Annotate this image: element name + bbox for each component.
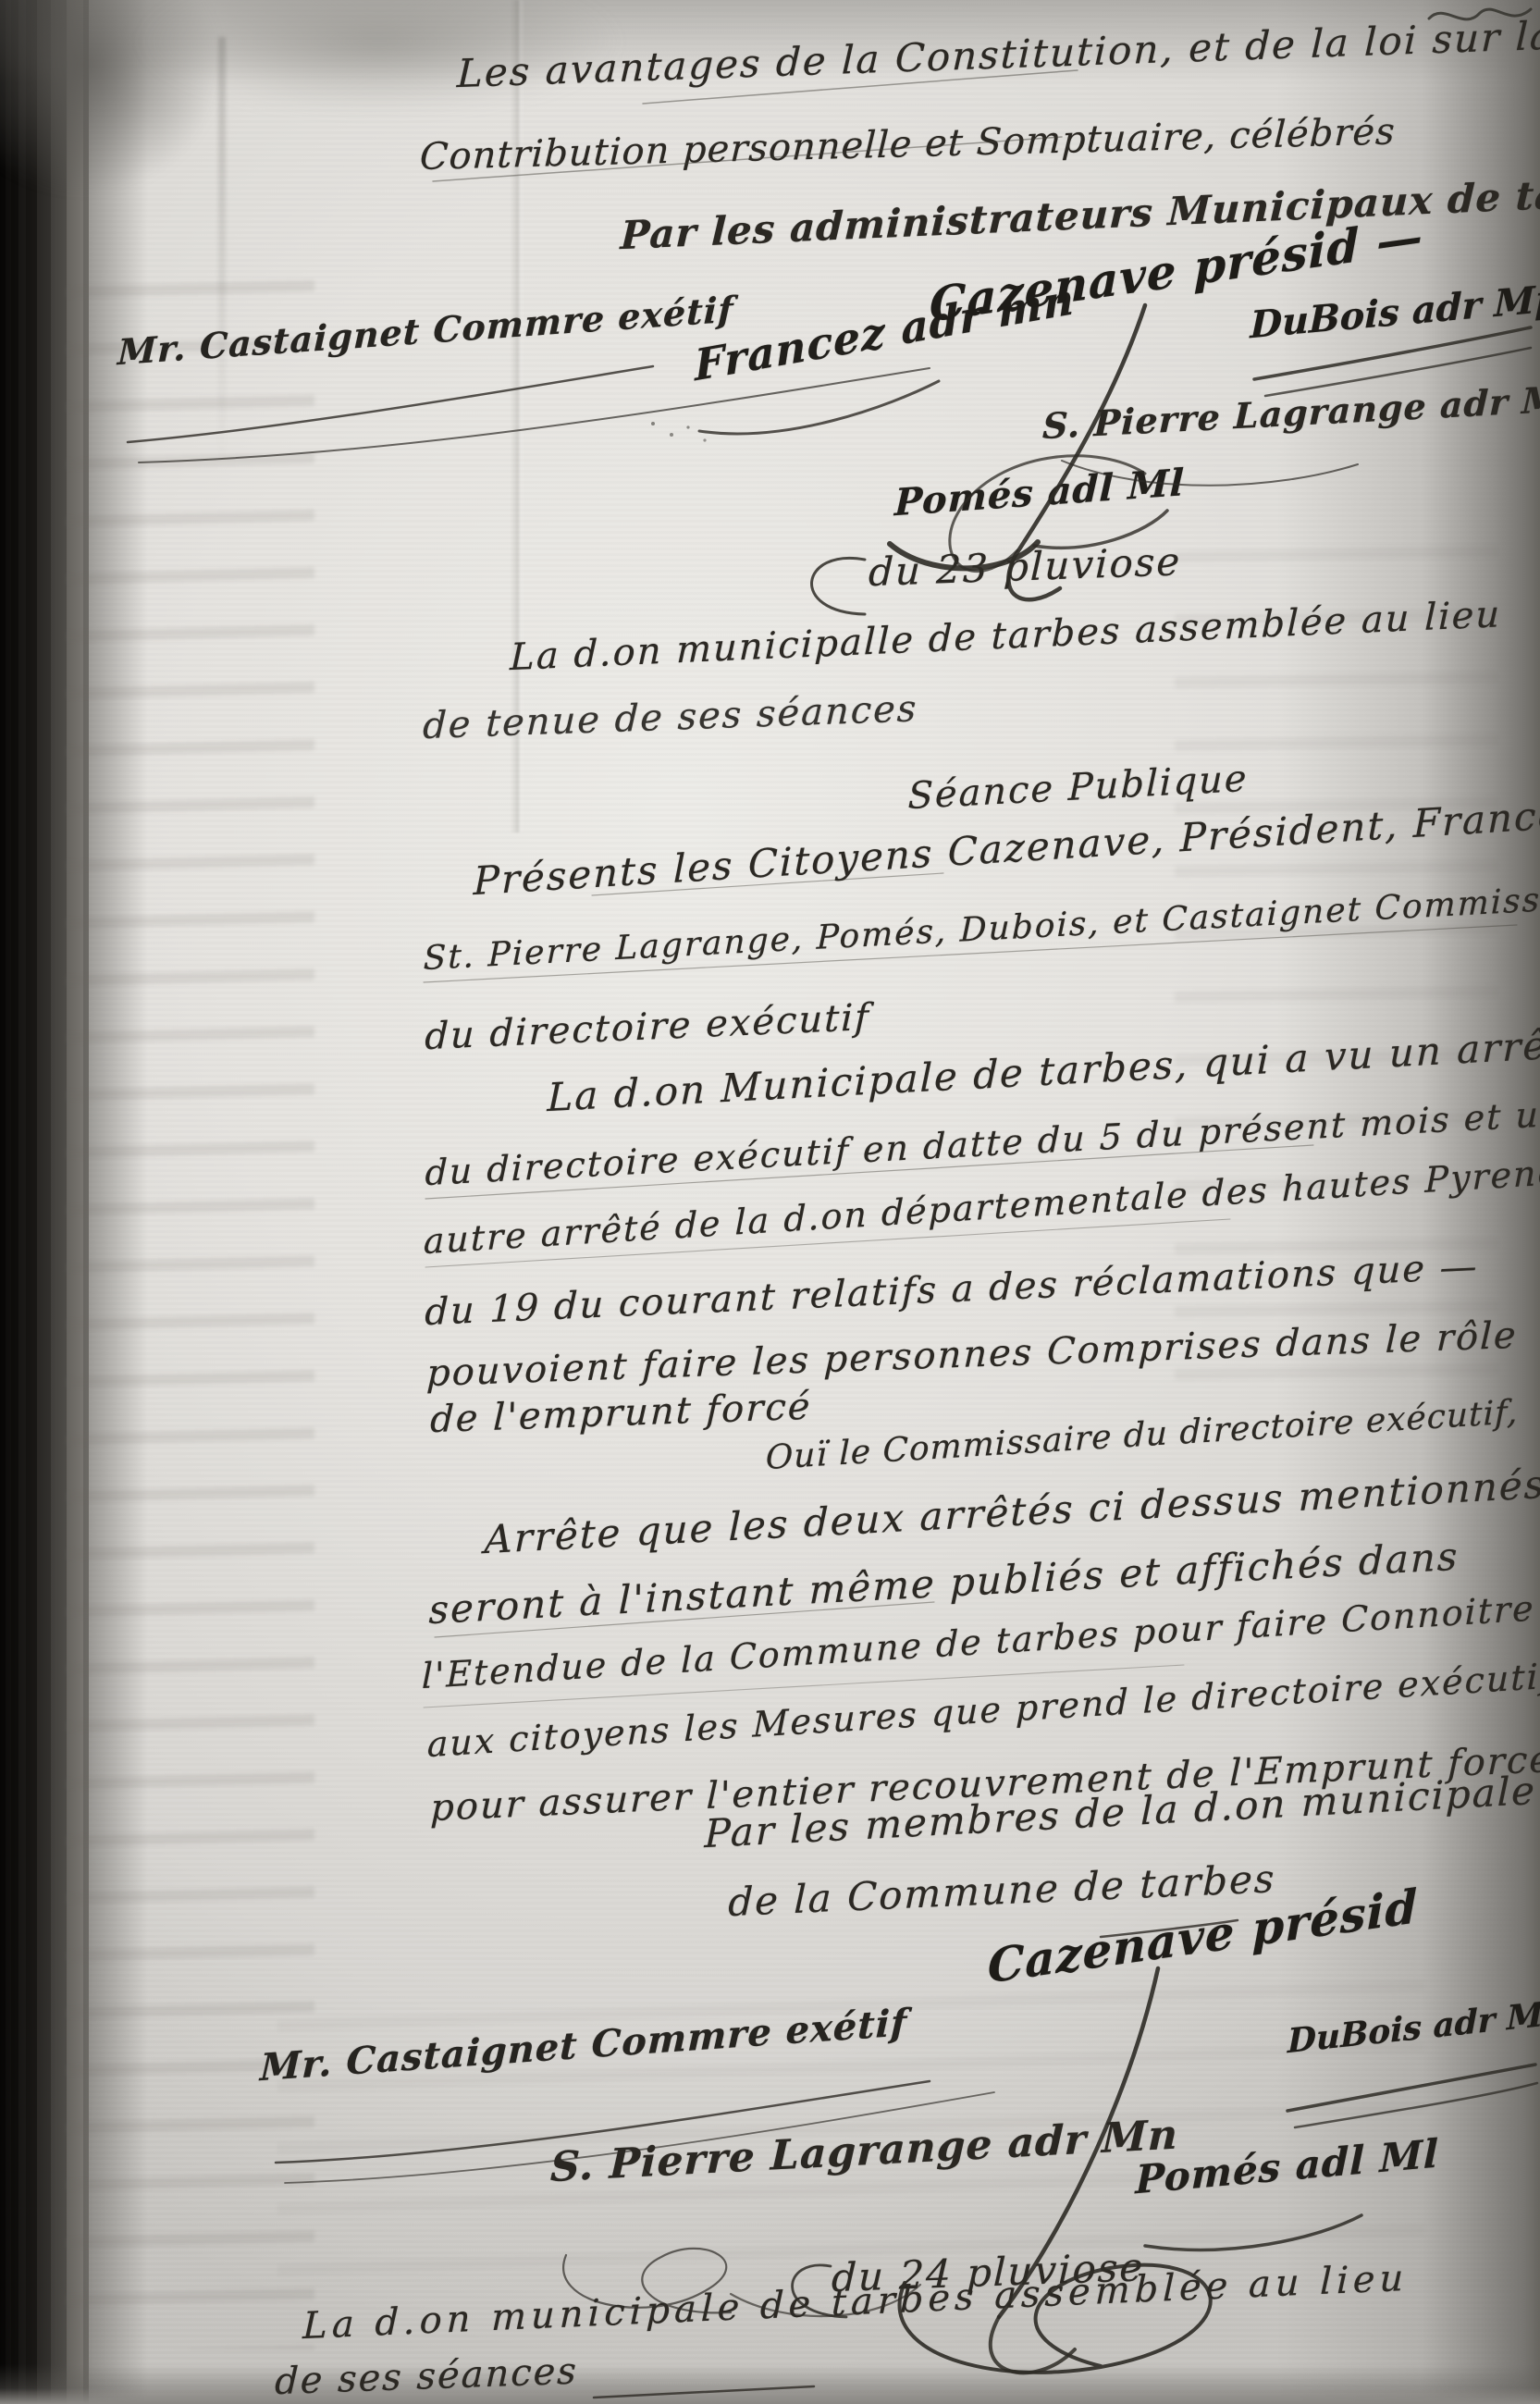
manuscript-page: Les avantages de la Constitution, et de …: [0, 0, 1540, 2404]
heading-line-2: Contribution personnelle et Somptuaire, …: [419, 110, 1397, 179]
bottom-edge-shade: [0, 2364, 1540, 2404]
date-heading-23: du 23 pluviose: [868, 538, 1182, 595]
signature-pomes-top: Pomés adl Ml: [893, 461, 1185, 524]
session23-opening-line-2: de tenue de ses séances: [422, 687, 918, 747]
presents-line-3: du directoire exécutif: [425, 996, 871, 1058]
deliberation-line-6: de l'emprunt forcé: [429, 1386, 812, 1441]
